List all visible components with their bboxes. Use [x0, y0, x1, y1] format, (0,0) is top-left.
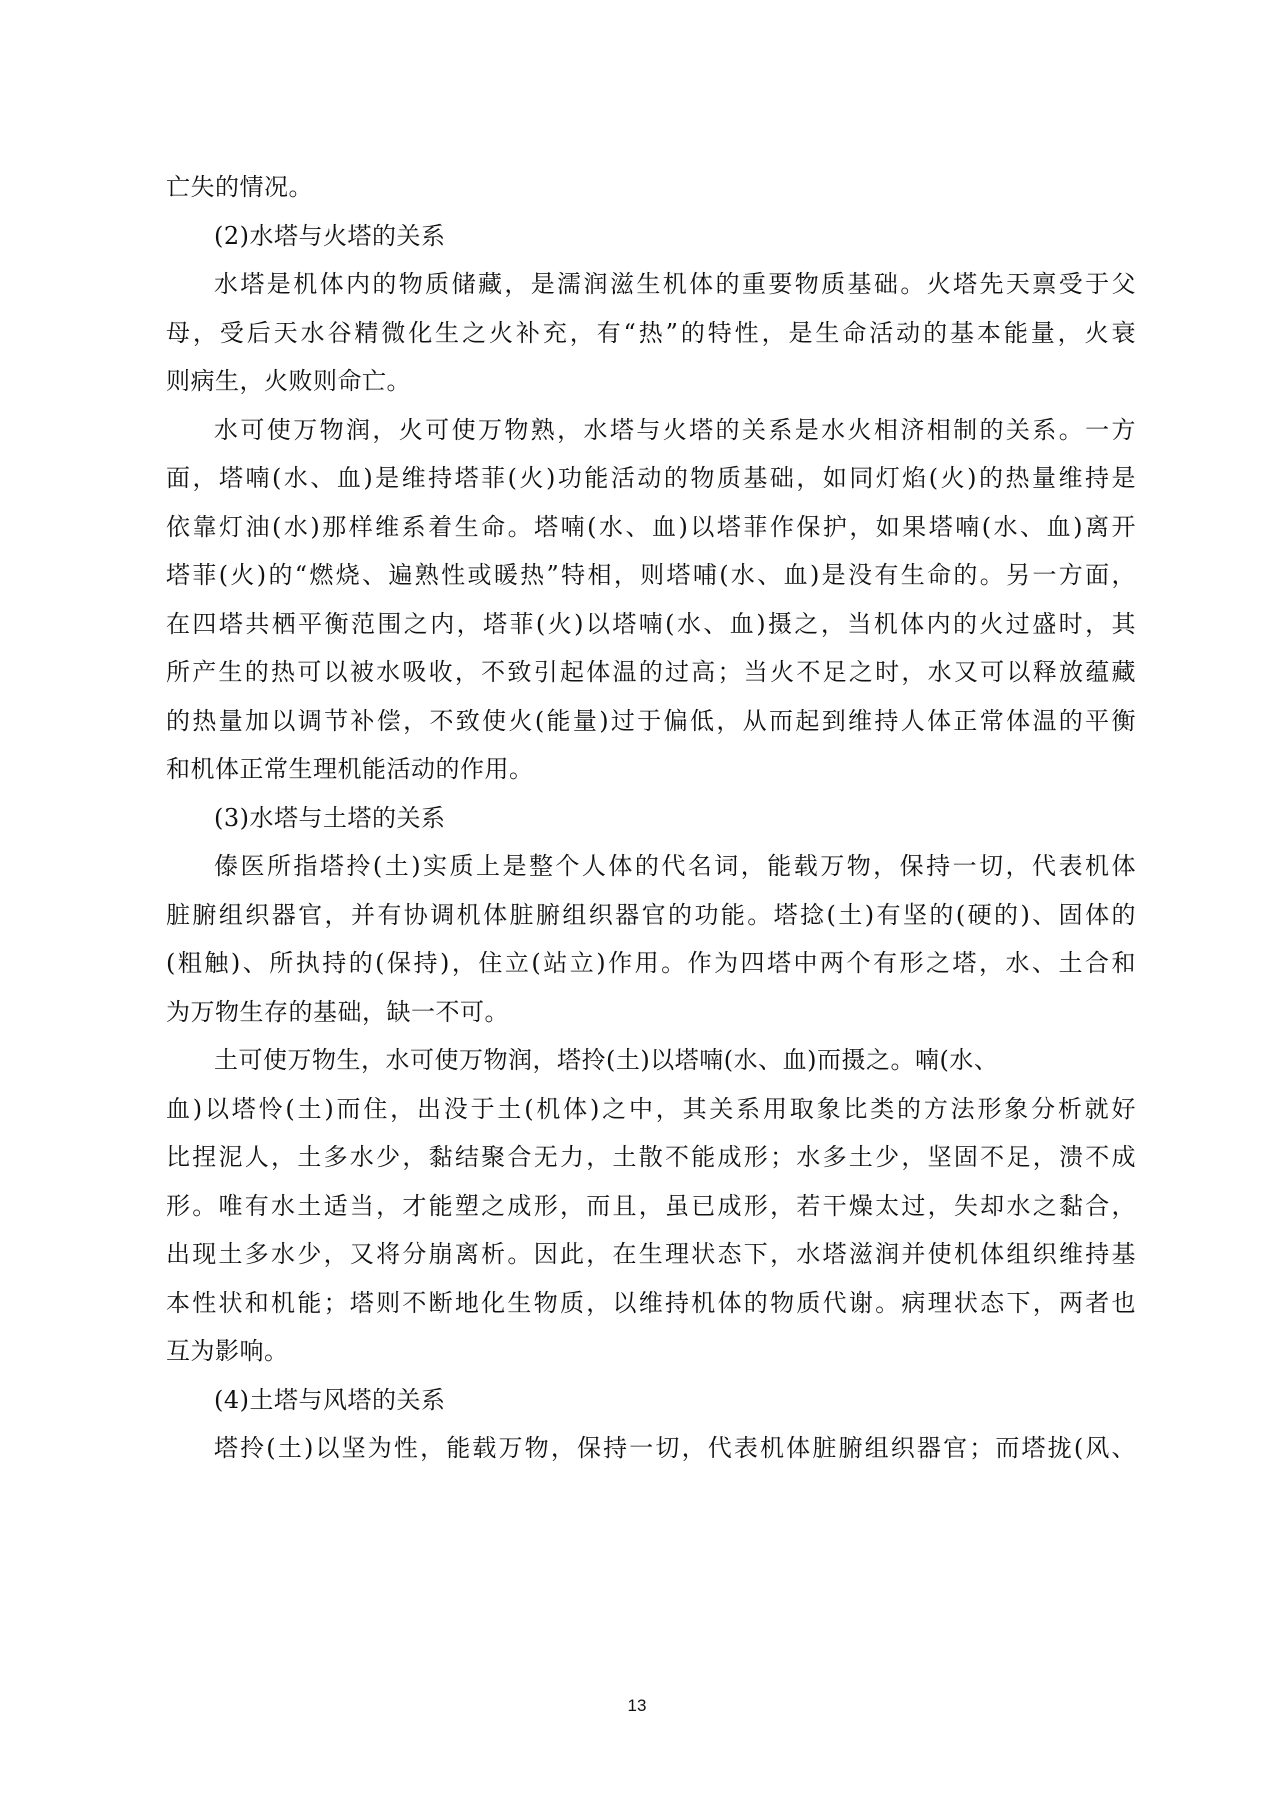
text-line: 在四塔共栖平衡范围之内，塔菲(火)以塔喃(水、血)摄之，当机体内的火过盛时，其: [166, 600, 1136, 649]
section-heading: (2)水塔与火塔的关系: [166, 212, 1136, 261]
text-line: 为万物生存的基础，缺一不可。: [166, 988, 1136, 1037]
section-heading: (4)土塔与风塔的关系: [166, 1376, 1136, 1425]
text-line: 的热量加以调节补偿，不致使火(能量)过于偏低，从而起到维持人体正常体温的平衡: [166, 697, 1136, 746]
text-line: 水可使万物润，火可使万物熟，水塔与火塔的关系是水火相济相制的关系。一方: [166, 406, 1136, 455]
text-line: 母，受后天水谷精微化生之火补充，有“热”的特性，是生命活动的基本能量，火衰: [166, 309, 1136, 358]
text-line: (粗触)、所执持的(保持)，住立(站立)作用。作为四塔中两个有形之塔，水、土合和: [166, 939, 1136, 988]
text-line: 面，塔喃(水、血)是维持塔菲(火)功能活动的物质基础，如同灯焰(火)的热量维持是: [166, 454, 1136, 503]
text-line: 土可使万物生，水可使万物润，塔拎(土)以塔喃(水、血)而摄之。喃(水、: [166, 1036, 1136, 1085]
text-line: 和机体正常生理机能活动的作用。: [166, 745, 1136, 794]
text-line: 脏腑组织器官，并有协调机体脏腑组织器官的功能。塔捻(土)有坚的(硬的)、固体的: [166, 891, 1136, 940]
page-number: 13: [0, 1696, 1274, 1716]
text-line: 本性状和机能；塔则不断地化生物质，以维持机体的物质代谢。病理状态下，两者也: [166, 1279, 1136, 1328]
section-heading: (3)水塔与土塔的关系: [166, 794, 1136, 843]
text-line: 血)以塔怜(土)而住，出没于土(机体)之中，其关系用取象比类的方法形象分析就好: [166, 1085, 1136, 1134]
text-line: 依靠灯油(水)那样维系着生命。塔喃(水、血)以塔菲作保护，如果塔喃(水、血)离开: [166, 503, 1136, 552]
document-page: 亡失的情况。(2)水塔与火塔的关系水塔是机体内的物质储藏，是濡润滋生机体的重要物…: [0, 0, 1274, 1801]
text-line: 互为影响。: [166, 1327, 1136, 1376]
text-line: 出现土多水少，又将分崩离析。因此，在生理状态下，水塔滋润并使机体组织维持基: [166, 1230, 1136, 1279]
text-line: 塔菲(火)的“燃烧、遍熟性或暖热”特相，则塔哺(水、血)是没有生命的。另一方面，: [166, 551, 1136, 600]
text-line: 则病生，火败则命亡。: [166, 357, 1136, 406]
text-line: 所产生的热可以被水吸收，不致引起体温的过高；当火不足之时，水又可以释放蕴藏: [166, 648, 1136, 697]
text-line: 傣医所指塔拎(土)实质上是整个人体的代名词，能载万物，保持一切，代表机体: [166, 842, 1136, 891]
text-line: 亡失的情况。: [166, 163, 1136, 212]
body-text: 亡失的情况。(2)水塔与火塔的关系水塔是机体内的物质储藏，是濡润滋生机体的重要物…: [166, 163, 1136, 1473]
text-line: 比捏泥人，土多水少，黏结聚合无力，土散不能成形；水多土少，坚固不足，溃不成: [166, 1133, 1136, 1182]
text-line: 水塔是机体内的物质储藏，是濡润滋生机体的重要物质基础。火塔先天禀受于父: [166, 260, 1136, 309]
text-line: 形。唯有水土适当，才能塑之成形，而且，虽已成形，若干燥太过，失却水之黏合，: [166, 1182, 1136, 1231]
text-line: 塔拎(土)以坚为性，能载万物，保持一切，代表机体脏腑组织器官；而塔拢(风、: [166, 1424, 1136, 1473]
